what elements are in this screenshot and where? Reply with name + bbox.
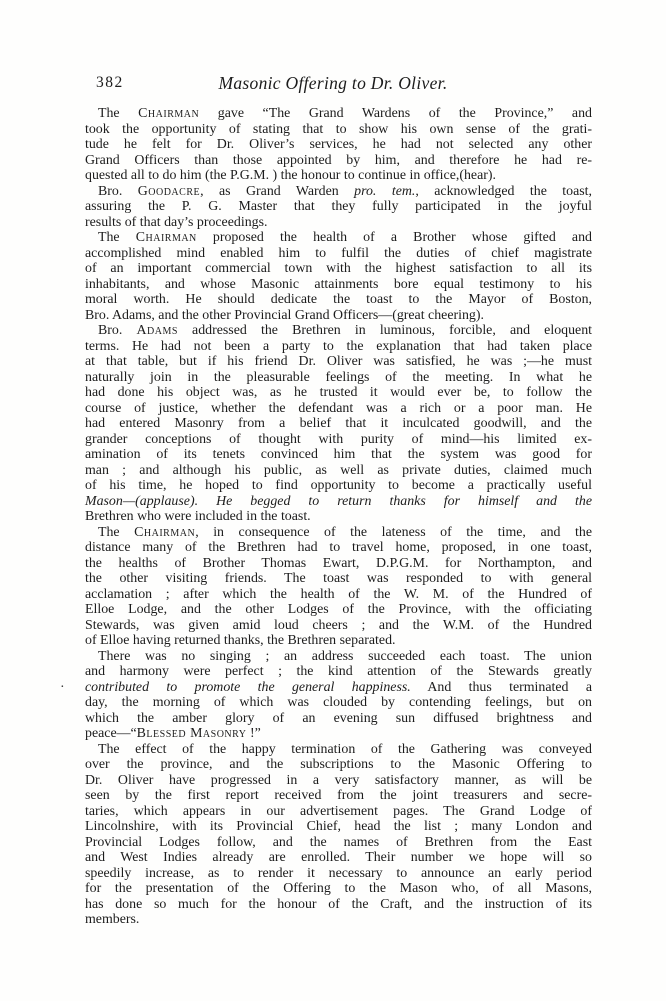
text-run: accomplished mind enabled him to fulfil … bbox=[85, 246, 592, 261]
text-line: Grand Officers than those appointed by h… bbox=[85, 153, 592, 169]
text-run: peace—“ bbox=[85, 726, 137, 741]
text-line: accomplished mind enabled him to fulfil … bbox=[85, 246, 592, 262]
text-line: moral worth. He should dedicate the toas… bbox=[85, 292, 592, 308]
text-line: for the presentation of the Offering to … bbox=[85, 881, 592, 897]
text-run: tude he felt for Dr. Oliver’s services, … bbox=[85, 137, 592, 152]
paragraph: The Chairman gave “The Grand Wardens of … bbox=[85, 106, 592, 184]
text-run: man ; and although his public, as well a… bbox=[85, 463, 592, 478]
text-line: naturally join in the pleasurable feelin… bbox=[85, 370, 592, 386]
text-line: which the amber glory of an evening sun … bbox=[85, 711, 592, 727]
text-line: results of that day’s proceedings. bbox=[85, 215, 592, 231]
text-run: had entered Masonry from a belief that i… bbox=[85, 416, 592, 431]
small-caps-text: Chairman bbox=[134, 525, 195, 540]
small-caps-text: Adams bbox=[136, 323, 177, 338]
page-header: 382 Masonic Offering to Dr. Oliver. bbox=[0, 73, 666, 95]
text-line: Lincolnshire, with its Provincial Chief,… bbox=[85, 819, 592, 835]
text-run: Stewards, was given amid loud cheers ; a… bbox=[85, 618, 592, 633]
text-run: acclamation ; after which the health of … bbox=[85, 587, 592, 602]
text-run: of Elloe having returned thanks, the Bre… bbox=[85, 633, 396, 648]
text-run: And thus terminated a bbox=[411, 680, 592, 695]
margin-mark: · bbox=[60, 680, 65, 696]
text-line: of Elloe having returned thanks, the Bre… bbox=[85, 633, 592, 649]
text-line: the healths of Brother Thomas Ewart, D.P… bbox=[85, 556, 592, 572]
text-line: distance many of the Brethren had to tra… bbox=[85, 540, 592, 556]
text-run: results of that day’s proceedings. bbox=[85, 215, 267, 230]
text-run: Dr. Oliver have progressed in a very sat… bbox=[85, 773, 592, 788]
text-line: speedily increase, as to render it neces… bbox=[85, 866, 592, 882]
text-run: naturally join in the pleasurable feelin… bbox=[85, 370, 592, 385]
text-run: members. bbox=[85, 912, 139, 927]
text-line: Dr. Oliver have progressed in a very sat… bbox=[85, 773, 592, 789]
text-run: !” bbox=[247, 726, 261, 741]
small-caps-text: Blessed Masonry bbox=[137, 726, 247, 741]
text-line: The effect of the happy termination of t… bbox=[85, 742, 592, 758]
text-line: terms. He had not been a party to the ex… bbox=[85, 339, 592, 355]
text-run: Brethren who were included in the toast. bbox=[85, 509, 311, 524]
text-run: inhabitants, and whose Masonic attainmen… bbox=[85, 277, 592, 292]
text-line: Bro. Adams addressed the Brethren in lum… bbox=[85, 323, 592, 339]
text-run: speedily increase, as to render it neces… bbox=[85, 866, 592, 881]
italic-text: Mason—(applause). He begged to return th… bbox=[85, 494, 592, 509]
text-run: the other visiting friends. The toast wa… bbox=[85, 571, 592, 586]
text-line: of an important commercial town with the… bbox=[85, 261, 592, 277]
text-line: acclamation ; after which the health of … bbox=[85, 587, 592, 603]
text-run: had done his object was, as he trusted i… bbox=[85, 385, 592, 400]
text-line: Bro. Goodacre, as Grand Warden pro. tem.… bbox=[85, 184, 592, 200]
text-run: which the amber glory of an evening sun … bbox=[85, 711, 592, 726]
text-line: Mason—(applause). He begged to return th… bbox=[85, 494, 592, 510]
text-line: grander conceptions of thought with puri… bbox=[85, 432, 592, 448]
text-line: contributed to promote the general happi… bbox=[85, 680, 592, 696]
text-line: tude he felt for Dr. Oliver’s services, … bbox=[85, 137, 592, 153]
text-run: The bbox=[98, 106, 138, 121]
text-line: inhabitants, and whose Masonic attainmen… bbox=[85, 277, 592, 293]
text-run: of an important commercial town with the… bbox=[85, 261, 592, 276]
text-line: over the province, and the subscriptions… bbox=[85, 757, 592, 773]
text-run: gave “The Grand Wardens of the Province,… bbox=[199, 106, 592, 121]
page-number: 382 bbox=[96, 74, 124, 92]
book-page: 382 Masonic Offering to Dr. Oliver. · Th… bbox=[0, 0, 666, 1001]
text-line: Provincial Lodges follow, and the names … bbox=[85, 835, 592, 851]
text-run: , as Grand Warden bbox=[200, 184, 354, 199]
text-line: amination of its tenets convinced him th… bbox=[85, 447, 592, 463]
text-run: Bro. Adams, and the other Provincial Gra… bbox=[85, 308, 484, 323]
text-run: day, the morning of which was clouded by… bbox=[85, 695, 592, 710]
page-body: The Chairman gave “The Grand Wardens of … bbox=[85, 106, 592, 928]
text-line: Brethren who were included in the toast. bbox=[85, 509, 592, 525]
italic-text: pro. tem. bbox=[354, 184, 415, 199]
text-line: took the opportunity of stating that to … bbox=[85, 122, 592, 138]
text-line: day, the morning of which was clouded by… bbox=[85, 695, 592, 711]
text-line: The Chairman proposed the health of a Br… bbox=[85, 230, 592, 246]
text-run: distance many of the Brethren had to tra… bbox=[85, 540, 592, 555]
paragraph: Bro. Goodacre, as Grand Warden pro. tem.… bbox=[85, 184, 592, 231]
text-run: The bbox=[98, 230, 136, 245]
text-run: seen by the first report received from t… bbox=[85, 788, 592, 803]
text-line: and West Indies already are enrolled. Th… bbox=[85, 850, 592, 866]
text-run: for the presentation of the Offering to … bbox=[85, 881, 592, 896]
text-run: at that table, but if his friend Dr. Oli… bbox=[85, 354, 592, 369]
paragraph: Bro. Adams addressed the Brethren in lum… bbox=[85, 323, 592, 525]
text-run: Bro. bbox=[98, 184, 138, 199]
text-run: and West Indies already are enrolled. Th… bbox=[85, 850, 592, 865]
text-line: the other visiting friends. The toast wa… bbox=[85, 571, 592, 587]
text-line: Bro. Adams, and the other Provincial Gra… bbox=[85, 308, 592, 324]
text-line: man ; and although his public, as well a… bbox=[85, 463, 592, 479]
text-run: amination of its tenets convinced him th… bbox=[85, 447, 592, 462]
text-run: moral worth. He should dedicate the toas… bbox=[85, 292, 592, 307]
text-line: had entered Masonry from a belief that i… bbox=[85, 416, 592, 432]
text-run: The effect of the happy termination of t… bbox=[98, 742, 592, 757]
text-run: Provincial Lodges follow, and the names … bbox=[85, 835, 592, 850]
text-line: and harmony were perfect ; the kind atte… bbox=[85, 664, 592, 680]
text-run: addressed the Brethren in luminous, forc… bbox=[178, 323, 592, 338]
text-run: The bbox=[98, 525, 134, 540]
text-line: Stewards, was given amid loud cheers ; a… bbox=[85, 618, 592, 634]
text-line: of his time, he hoped to find opportunit… bbox=[85, 478, 592, 494]
text-run: took the opportunity of stating that to … bbox=[85, 122, 592, 137]
text-run: , in consequence of the lateness of the … bbox=[195, 525, 592, 540]
paragraph: There was no singing ; an address succee… bbox=[85, 649, 592, 742]
text-line: assuring the P. G. Master that they full… bbox=[85, 199, 592, 215]
text-run: Grand Officers than those appointed by h… bbox=[85, 153, 592, 168]
text-run: , acknowledged the toast, bbox=[415, 184, 592, 199]
text-line: The Chairman, in consequence of the late… bbox=[85, 525, 592, 541]
text-line: There was no singing ; an address succee… bbox=[85, 649, 592, 665]
text-run: and harmony were perfect ; the kind atte… bbox=[85, 664, 592, 679]
text-line: members. bbox=[85, 912, 592, 928]
text-line: peace—“Blessed Masonry !” bbox=[85, 726, 592, 742]
text-run: course of justice, whether the defendant… bbox=[85, 401, 592, 416]
paragraph: The effect of the happy termination of t… bbox=[85, 742, 592, 928]
text-run: of his time, he hoped to find opportunit… bbox=[85, 478, 592, 493]
text-run: the healths of Brother Thomas Ewart, D.P… bbox=[85, 556, 592, 571]
text-line: quested all to do him (the P.G.M. ) the … bbox=[85, 168, 592, 184]
text-line: at that table, but if his friend Dr. Oli… bbox=[85, 354, 592, 370]
text-run: Bro. bbox=[98, 323, 136, 338]
text-run: quested all to do him (the P.G.M. ) the … bbox=[85, 168, 496, 183]
text-line: had done his object was, as he trusted i… bbox=[85, 385, 592, 401]
small-caps-text: Goodacre bbox=[138, 184, 200, 199]
text-run: Lincolnshire, with its Provincial Chief,… bbox=[85, 819, 592, 834]
text-line: The Chairman gave “The Grand Wardens of … bbox=[85, 106, 592, 122]
text-run: Elloe Lodge, and the other Lodges of the… bbox=[85, 602, 592, 617]
text-run: grander conceptions of thought with puri… bbox=[85, 432, 592, 447]
text-run: proposed the health of a Brother whose g… bbox=[197, 230, 592, 245]
paragraph: The Chairman, in consequence of the late… bbox=[85, 525, 592, 649]
text-line: course of justice, whether the defendant… bbox=[85, 401, 592, 417]
text-run: terms. He had not been a party to the ex… bbox=[85, 339, 592, 354]
small-caps-text: Chairman bbox=[136, 230, 197, 245]
paragraph: The Chairman proposed the health of a Br… bbox=[85, 230, 592, 323]
text-run: has done so much for the honour of the C… bbox=[85, 897, 592, 912]
small-caps-text: Chairman bbox=[138, 106, 199, 121]
italic-text: contributed to promote the general happi… bbox=[85, 680, 411, 695]
text-run: taries, which appears in our advertiseme… bbox=[85, 804, 592, 819]
text-run: over the province, and the subscriptions… bbox=[85, 757, 592, 772]
text-line: has done so much for the honour of the C… bbox=[85, 897, 592, 913]
text-line: seen by the first report received from t… bbox=[85, 788, 592, 804]
text-run: assuring the P. G. Master that they full… bbox=[85, 199, 592, 214]
text-run: There was no singing ; an address succee… bbox=[98, 649, 592, 664]
text-line: taries, which appears in our advertiseme… bbox=[85, 804, 592, 820]
text-line: Elloe Lodge, and the other Lodges of the… bbox=[85, 602, 592, 618]
